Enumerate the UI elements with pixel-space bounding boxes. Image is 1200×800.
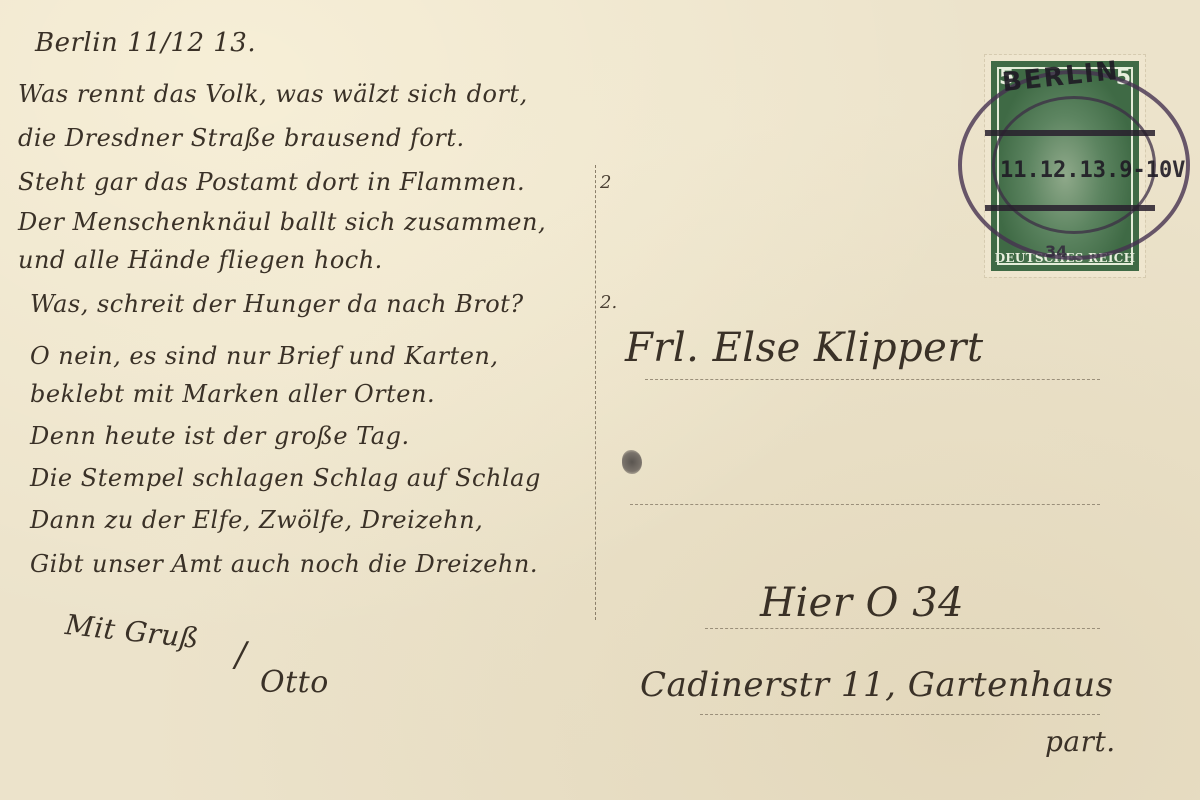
message-line: O nein, es sind nur Brief und Karten, [30, 342, 499, 370]
message-line: Was, schreit der Hunger da nach Brot? [30, 290, 524, 318]
message-line: Denn heute ist der große Tag. [30, 422, 410, 450]
postmark-bar [985, 205, 1155, 211]
address-line [700, 714, 1100, 715]
recipient-name: Frl. Else Klippert [625, 325, 984, 371]
recipient-street: Cadinerstr 11, Gartenhaus [640, 665, 1114, 705]
message-line: Was rennt das Volk, was wälzt sich dort, [18, 80, 528, 108]
recipient-city: Hier O 34 [760, 580, 964, 626]
divider-line [595, 165, 596, 620]
message-line: Der Menschenknäul ballt sich zusammen, [18, 208, 546, 236]
message-line: und alle Hände fliegen hoch. [18, 246, 383, 274]
message-line: beklebt mit Marken aller Orten. [30, 380, 435, 408]
address-line [630, 504, 1100, 505]
address-line [645, 379, 1100, 380]
message-line: Die Stempel schlagen Schlag auf Schlag [30, 464, 541, 492]
message-line: Steht gar das Postamt dort in Flammen. [18, 168, 525, 196]
address-line [705, 628, 1100, 629]
message-line: Dann zu der Elfe, Zwölfe, Dreizehn, [30, 506, 483, 534]
divider-mark: 2 [600, 172, 611, 193]
postmark-bar [985, 130, 1155, 136]
message-line: die Dresdner Straße brausend fort. [18, 124, 465, 152]
message-line: Gibt unser Amt auch noch die Dreizehn. [30, 550, 538, 578]
recipient-floor: part. [1045, 725, 1116, 758]
closing: Mit Gruß [64, 608, 201, 655]
dateline: Berlin 11/12 13. [35, 28, 256, 58]
ink-blot [622, 450, 642, 474]
postmark-date: 11.12.13.9-10V [1000, 158, 1185, 183]
signature: Otto [260, 665, 329, 700]
postcard: Berlin 11/12 13. Was rennt das Volk, was… [0, 0, 1200, 800]
postmark-district: 34 [1045, 242, 1067, 261]
divider-mark: 2. [600, 292, 617, 313]
closing-slash: / [235, 635, 247, 675]
